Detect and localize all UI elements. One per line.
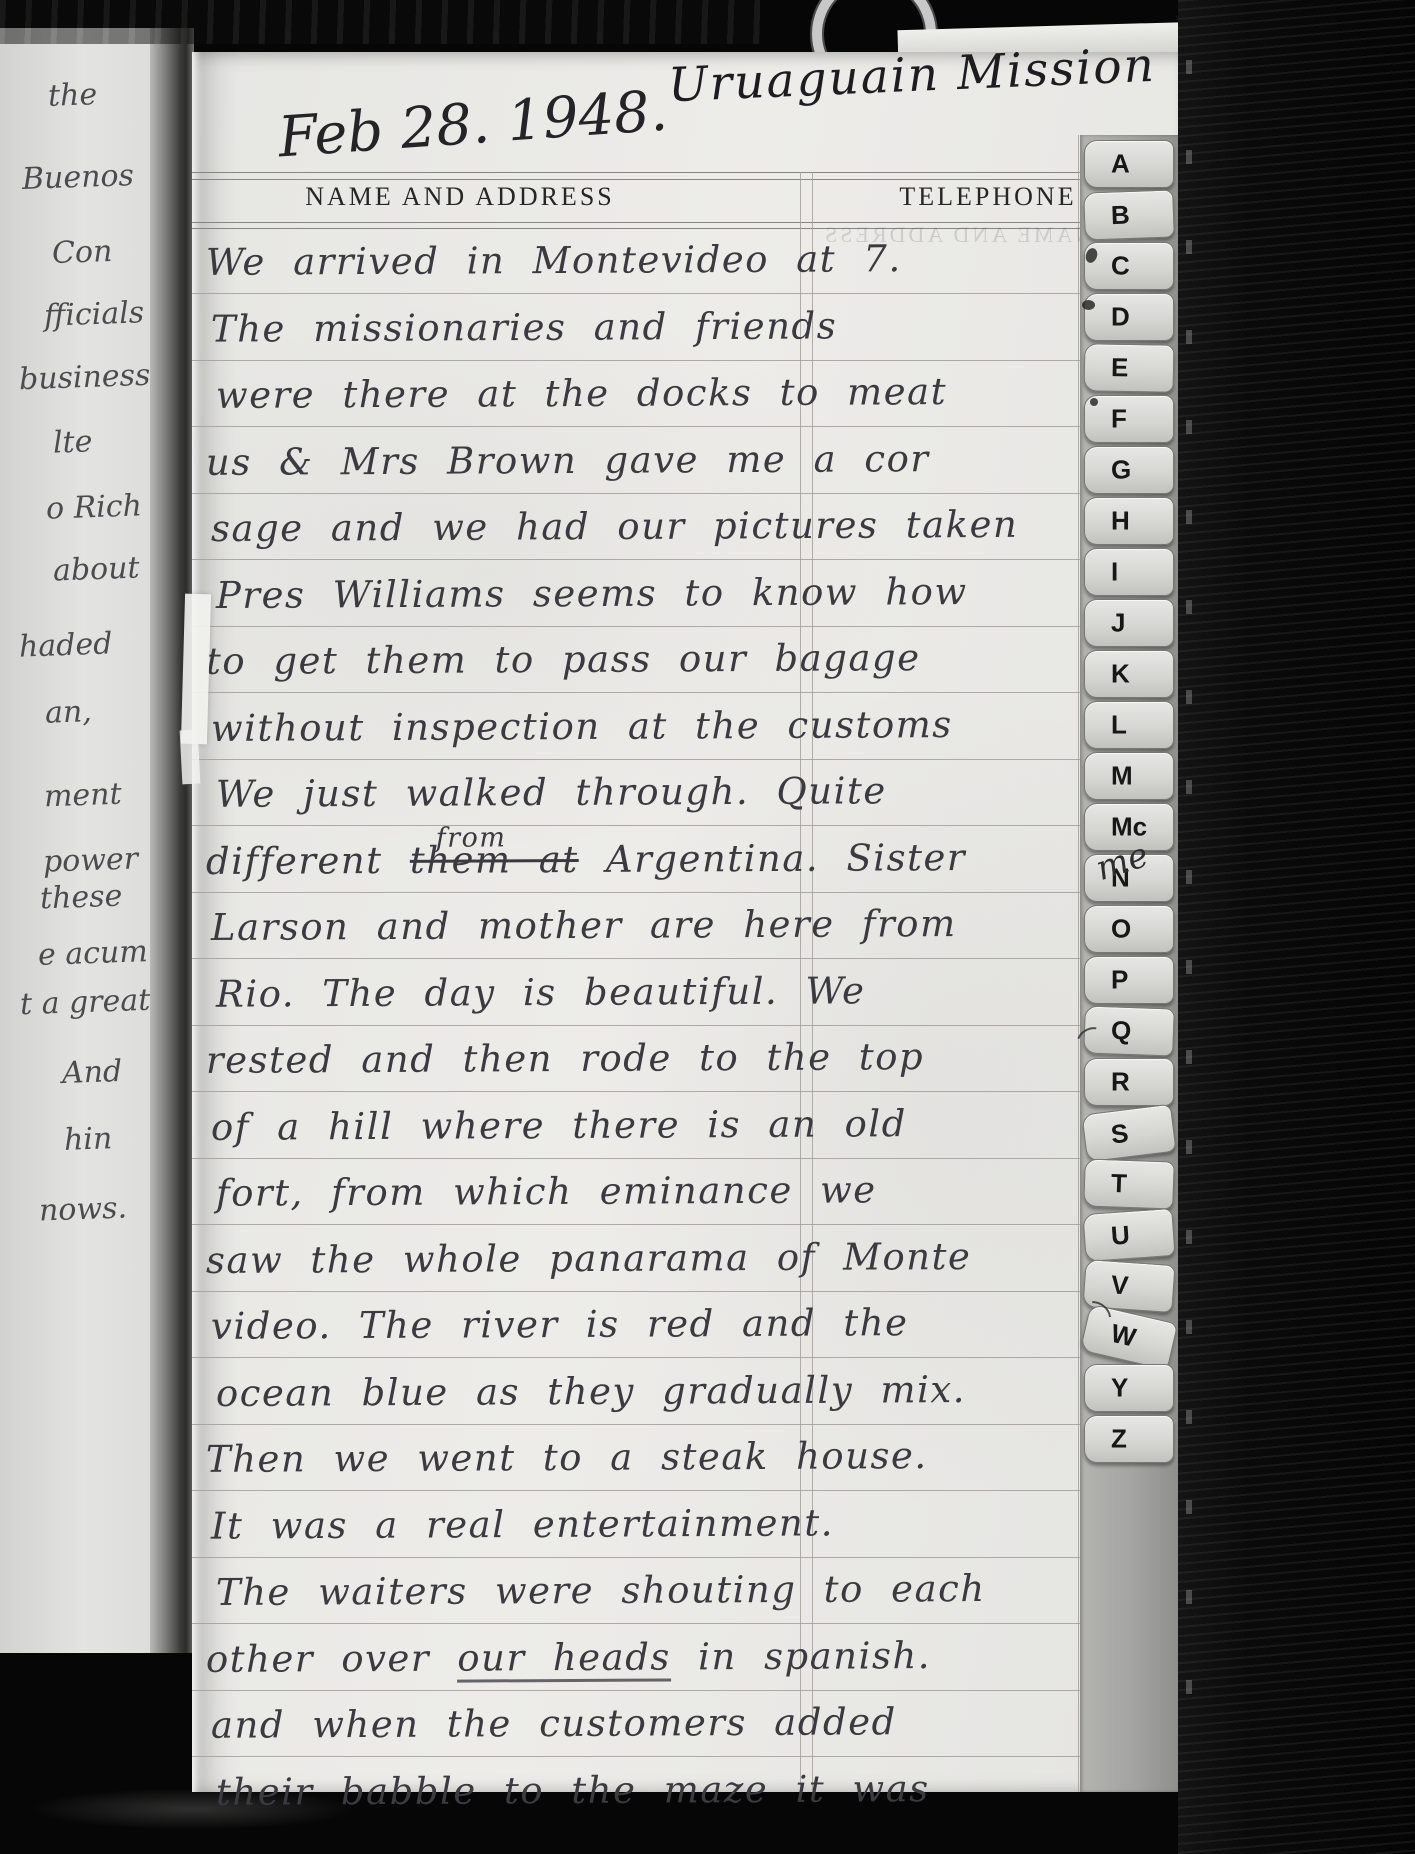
left-page-text-fragment: fficials [43,295,144,333]
left-page-text-fragment: And [61,1054,122,1091]
journal-line: sage and we had our pictures taken [211,503,1019,563]
journal-segment: were there at the docks to meat [216,370,947,417]
journal-line: Pres Williams seems to know how [216,570,968,630]
left-page-text-fragment: the [47,77,97,114]
left-page-text-fragment: these [39,879,122,917]
index-tab-label: M [1111,761,1133,792]
cover-edge-highlight [1186,60,1192,1760]
journal-line: of a hill where there is an old [211,1102,907,1162]
journal-segment: sage and we had our pictures taken [211,503,1019,550]
journal-segment: and when the customers added [211,1700,897,1747]
journal-line: different fromthem at Argentina. Sister [206,836,966,896]
journal-line: Rio. The day is beautiful. We [216,969,866,1028]
index-tab-k: K [1084,650,1174,698]
journal-segment: It was a real entertainment. [211,1501,834,1547]
index-tab-label: J [1111,608,1125,639]
journal-line: other over our heads in spanish. [206,1634,931,1694]
journal-line: We just walked through. Quite [216,769,887,829]
index-tab-p: P [1084,956,1174,1004]
left-page-text-fragment: ment [44,777,123,815]
index-tab-label: C [1111,251,1130,282]
telephone-column-header: TELEPHONE [898,182,1078,212]
index-tab-m: M [1084,752,1174,800]
journal-line: without inspection at the customs [211,703,953,763]
journal-line: It was a real entertainment. [211,1501,834,1560]
index-tab-label: G [1111,455,1131,486]
index-tab-label: Y [1111,1373,1128,1404]
journal-segment: Larson and mother are here from [211,902,957,949]
journal-line: The waiters were shouting to each [216,1567,986,1627]
journal-segment: to get them to pass our bagage [206,636,921,683]
index-tab-u: U [1082,1208,1175,1262]
journal-segment: rested and then rode to the top [206,1035,924,1082]
left-page-text-fragment: t a great [19,983,150,1023]
journal-segment: without inspection at the customs [211,703,953,750]
index-tab-label: Z [1111,1424,1127,1455]
left-page-text-fragment: hin [63,1121,112,1158]
column-divider [1078,135,1079,1792]
journal-segment: Rio. The day is beautiful. We [216,969,866,1015]
tape-repair [181,594,211,745]
journal-segment: Pres Williams seems to know how [216,570,968,617]
left-page-text-fragment: Con [51,234,113,271]
ink-mark [1090,398,1098,406]
journal-segment: Argentina. Sister [579,836,967,881]
index-tab-o: O [1084,905,1174,953]
index-tab-t: T [1083,1158,1175,1209]
left-page-text-fragment: haded [18,626,113,664]
header-rule [192,172,1080,173]
index-tab-j: J [1084,599,1174,647]
index-tab-label: W [1108,1318,1139,1354]
journal-segment: their babble to the maze it was [216,1767,930,1814]
journal-segment: The missionaries and friends [211,304,837,350]
left-page-text-fragment: about [53,551,141,589]
left-page-text-fragment: Buenos [22,158,135,197]
journal-line: their babble to the maze it was [216,1767,930,1827]
left-page-text-fragment: business [18,358,151,398]
index-tab-label: R [1111,1067,1130,1098]
left-page-text-fragment: nows. [38,1190,127,1228]
left-page-text-fragment: lte [52,424,93,460]
index-tab-l: L [1084,701,1174,749]
journal-line: Then we went to a steak house. [206,1434,928,1494]
index-tab-b: B [1083,189,1175,240]
index-tab-label: I [1111,557,1118,588]
journal-segment: saw the whole panarama of Monte [206,1235,972,1282]
journal-segment-underline: our heads [457,1635,671,1682]
journal-line: Larson and mother are here from [211,902,957,962]
index-tab-r: R [1084,1058,1174,1106]
journal-segment: us & Mrs Brown gave me a cor [206,437,930,484]
index-tab-label: U [1110,1219,1131,1251]
index-tab-label: L [1111,710,1127,741]
name-address-column-header: NAME AND ADDRESS [290,182,630,212]
index-tab-label: T [1110,1168,1127,1200]
journal-line: fort, from which eminance we [216,1168,877,1227]
journal-segment: of a hill where there is an old [211,1102,907,1149]
journal-line: video. The river is red and the [211,1301,909,1361]
journal-line: and when the customers added [211,1700,897,1760]
journal-segment: The waiters were shouting to each [216,1567,986,1614]
index-tab-i: I [1084,548,1174,596]
scanned-journal-page: theBuenosConfficialsbusinesslteo Richabo… [0,0,1415,1854]
index-tab-label: P [1111,965,1128,996]
journal-line: saw the whole panarama of Monte [206,1235,972,1295]
journal-line: us & Mrs Brown gave me a cor [206,437,930,497]
journal-segment: different [206,839,410,883]
journal-line: The missionaries and friends [211,304,837,363]
index-tab-z: Z [1084,1415,1174,1463]
index-tab-label: H [1111,506,1130,537]
journal-segment: We arrived in Montevideo at 7. [206,237,902,284]
left-page-text-fragment: o Rich [46,488,143,526]
journal-line: to get them to pass our bagage [206,636,921,696]
index-tab-label: F [1111,404,1127,435]
facing-page-edge: theBuenosConfficialsbusinesslteo Richabo… [0,28,152,1653]
index-tab-y: Y [1084,1364,1174,1412]
journal-segment: We just walked through. Quite [216,769,887,816]
journal-line: were there at the docks to meat [216,370,947,430]
index-tab-label: Q [1110,1015,1131,1047]
left-page-text-fragment: power [42,841,138,879]
journal-segment: other over [206,1637,458,1681]
journal-line: rested and then rode to the top [206,1035,924,1095]
journal-segment: video. The river is red and the [211,1301,909,1348]
index-tab-label: O [1111,914,1131,945]
index-tab-label: E [1111,352,1129,383]
leather-cover-texture [0,0,760,44]
index-tab-d: D [1084,293,1174,341]
index-tab-label: A [1111,149,1130,180]
journal-line: ocean blue as they gradually mix. [216,1368,966,1428]
ink-mark [1082,300,1095,310]
index-tab-g: G [1084,446,1174,494]
journal-segment: ocean blue as they gradually mix. [216,1368,966,1415]
index-tab-h: H [1084,497,1174,545]
left-page-text-fragment: an, [45,694,93,731]
index-tab-label: K [1111,659,1130,690]
book-cover-edge [1178,0,1415,1854]
index-tab-a: A [1084,140,1174,188]
index-tab-c: C [1084,242,1174,290]
tape-repair-small [180,730,201,785]
index-tab-label: B [1110,199,1130,231]
index-tab-e: E [1084,343,1175,393]
left-page-text-fragment: e acum [38,934,149,973]
journal-segment: Then we went to a steak house. [206,1434,928,1481]
journal-segment: in spanish. [671,1634,931,1678]
journal-segment: fort, from which eminance we [216,1168,877,1214]
book-gutter [150,28,194,1653]
index-tab-label: V [1110,1269,1129,1301]
journal-line: We arrived in Montevideo at 7. [206,237,902,297]
index-tab-label: S [1109,1118,1130,1151]
index-tab-label: D [1111,302,1130,333]
header-rule [192,179,1080,180]
